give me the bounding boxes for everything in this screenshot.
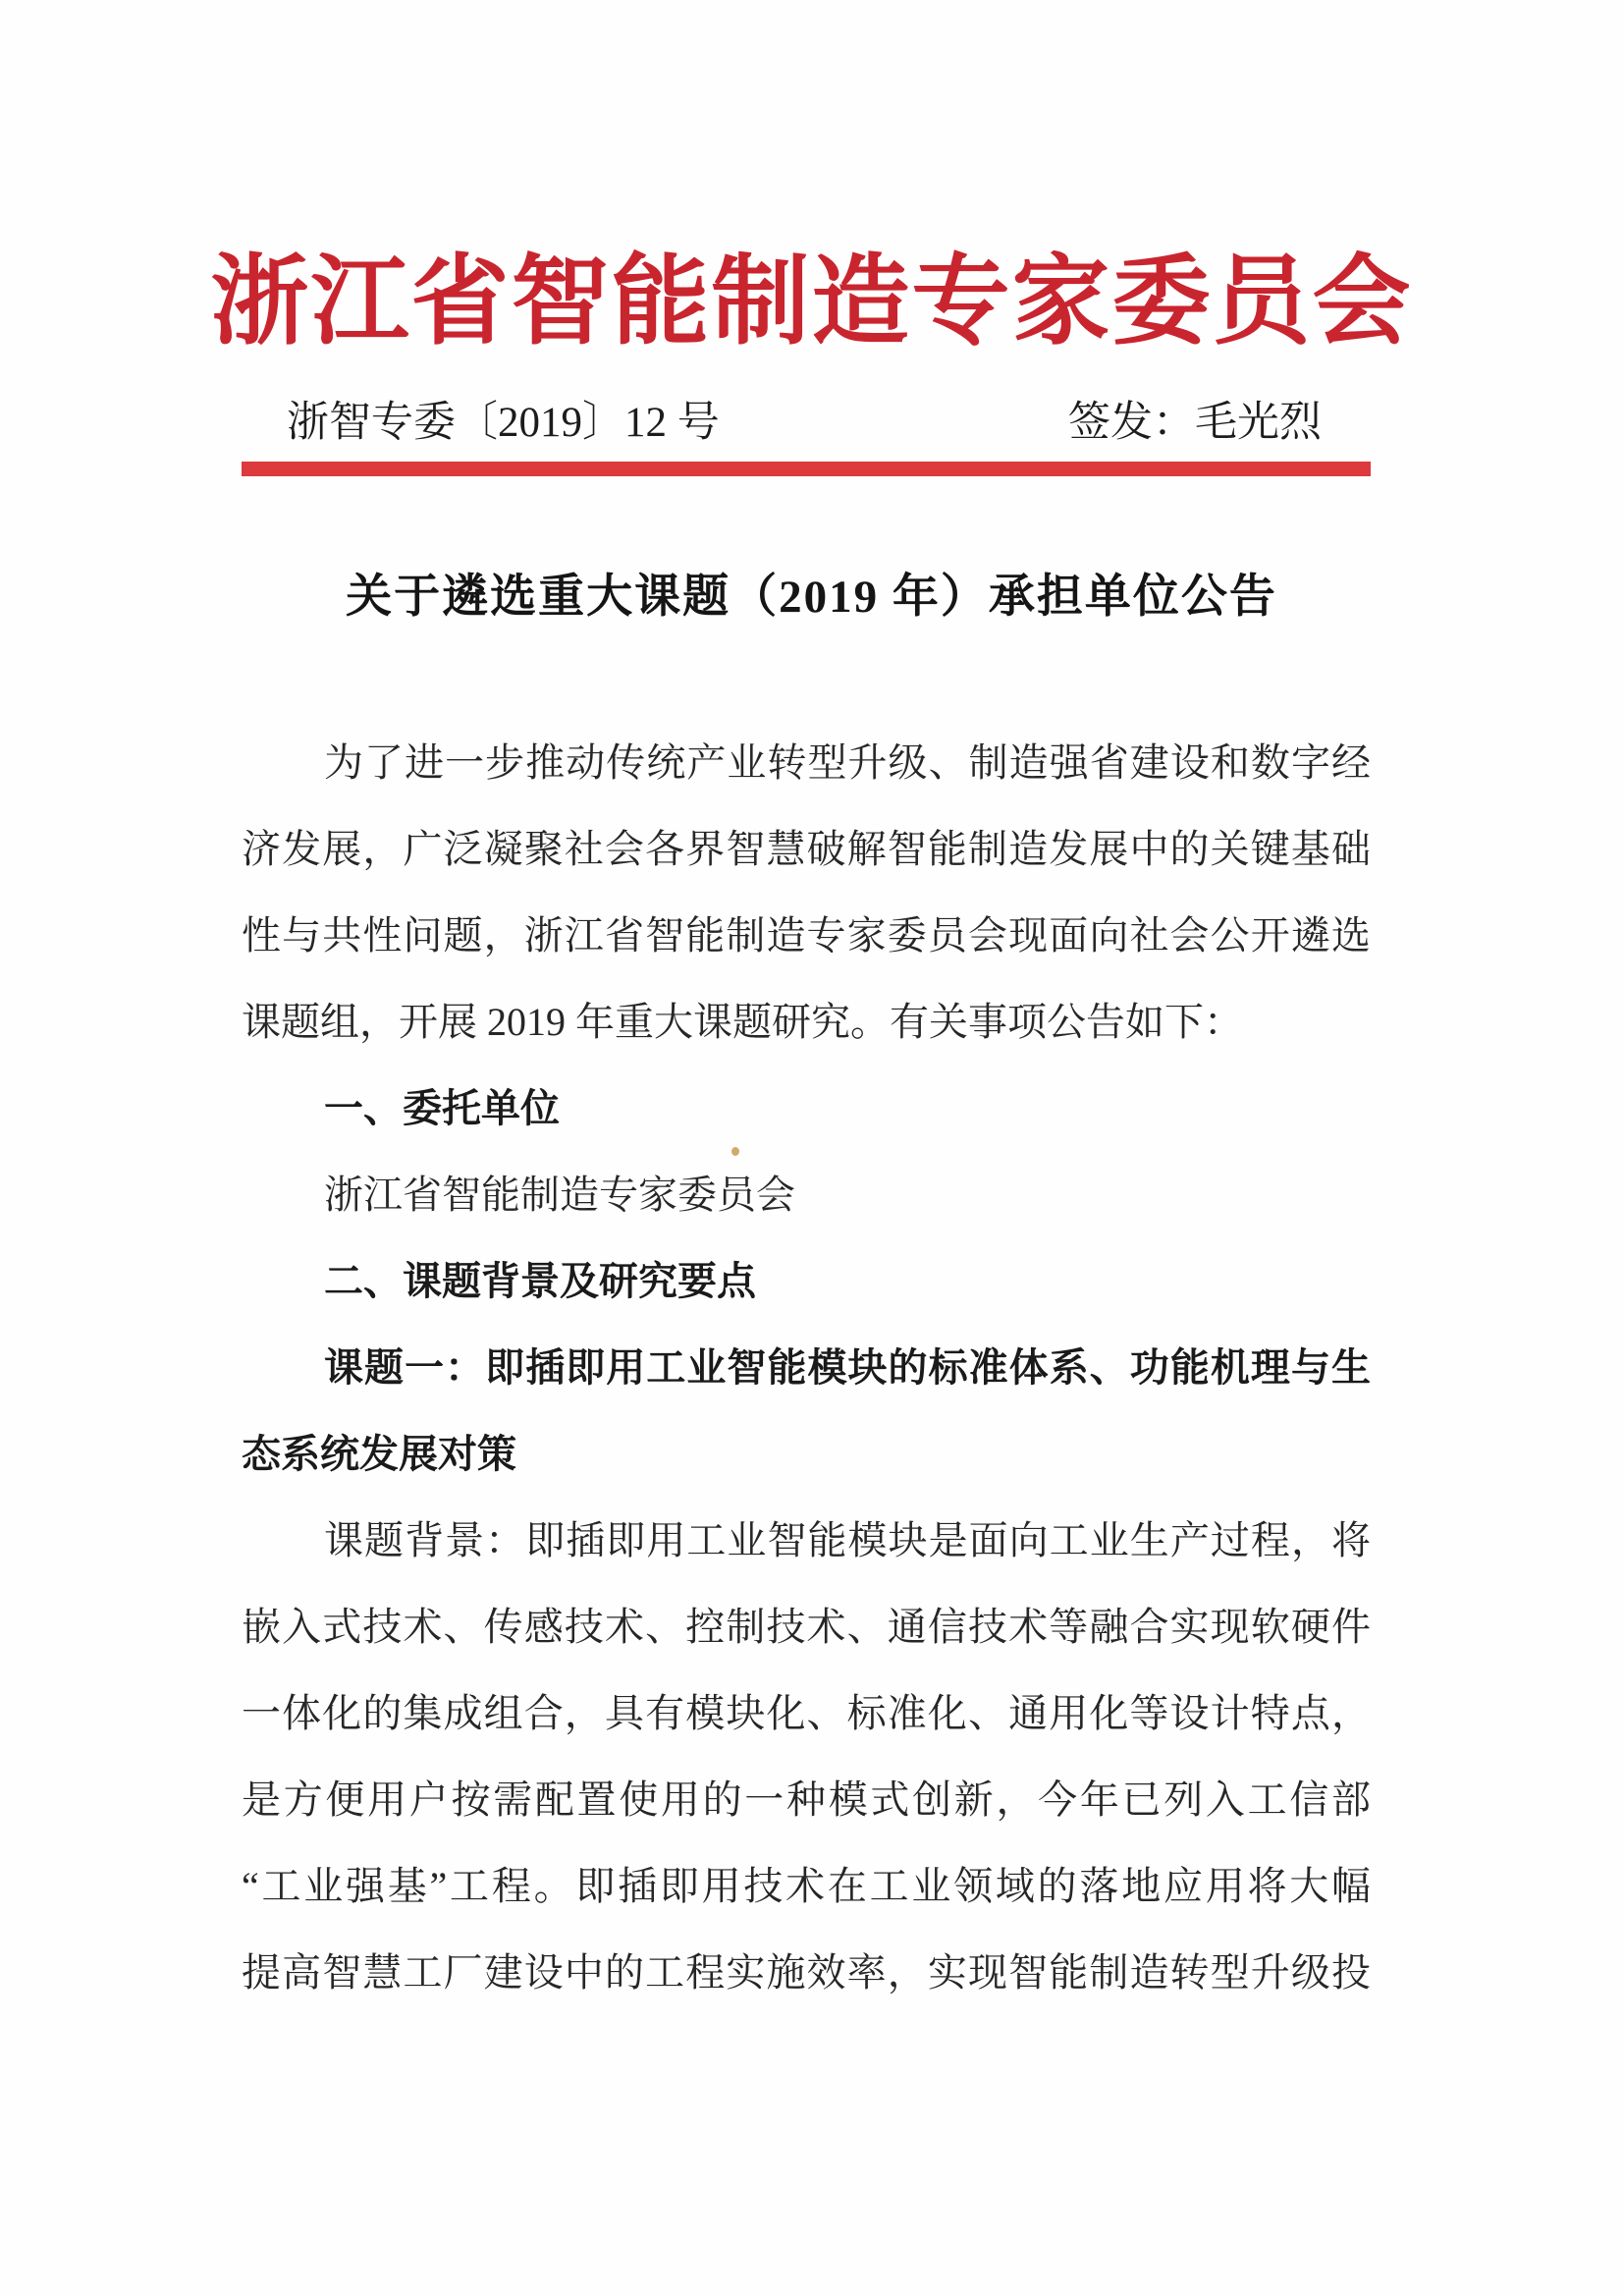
body-line: 济发展，广泛凝聚社会各界智慧破解智能制造发展中的关键基础 bbox=[242, 806, 1371, 893]
body-line: 课题一：即插即用工业智能模块的标准体系、功能机理与生 bbox=[242, 1325, 1371, 1411]
body-line: 是方便用户按需配置使用的一种模式创新，今年已列入工信部 bbox=[242, 1757, 1371, 1843]
body-line: 一、委托单位 bbox=[242, 1066, 1371, 1152]
document-body: 为了进一步推动传统产业转型升级、制造强省建设和数字经 济发展，广泛凝聚社会各界智… bbox=[242, 720, 1371, 2016]
body-line: 一体化的集成组合，具有模块化、标准化、通用化等设计特点， bbox=[242, 1670, 1371, 1757]
body-line: 课题组，开展 2019 年重大课题研究。有关事项公告如下： bbox=[242, 979, 1371, 1066]
letterhead-title: 浙江省智能制造专家委员会 bbox=[0, 222, 1623, 363]
body-line: 提高智慧工厂建设中的工程实施效率，实现智能制造转型升级投 bbox=[242, 1930, 1371, 2016]
doc-meta-row: 浙智专委〔2019〕12 号 签发：毛光烈 bbox=[242, 389, 1371, 449]
body-line: 性与共性问题，浙江省智能制造专家委员会现面向社会公开遴选 bbox=[242, 893, 1371, 979]
body-line: 浙江省智能制造专家委员会 bbox=[242, 1152, 1371, 1238]
document-page: 浙江省智能制造专家委员会 浙智专委〔2019〕12 号 签发：毛光烈 关于遴选重… bbox=[0, 0, 1623, 2296]
document-title: 关于遴选重大课题（2019 年）承担单位公告 bbox=[0, 560, 1623, 626]
body-line: 课题背景：即插即用工业智能模块是面向工业生产过程，将 bbox=[242, 1498, 1371, 1584]
body-line: 态系统发展对策 bbox=[242, 1411, 1371, 1498]
red-divider-rule bbox=[242, 462, 1371, 476]
body-line: 为了进一步推动传统产业转型升级、制造强省建设和数字经 bbox=[242, 720, 1371, 806]
doc-number: 浙智专委〔2019〕12 号 bbox=[287, 389, 720, 449]
body-line: 嵌入式技术、传感技术、控制技术、通信技术等融合实现软硬件 bbox=[242, 1584, 1371, 1670]
signer-label: 签发：毛光烈 bbox=[1068, 389, 1322, 449]
body-line: 二、课题背景及研究要点 bbox=[242, 1238, 1371, 1325]
body-line: “工业强基”工程。即插即用技术在工业领域的落地应用将大幅 bbox=[242, 1843, 1371, 1930]
scan-artifact-speck bbox=[731, 1147, 739, 1156]
